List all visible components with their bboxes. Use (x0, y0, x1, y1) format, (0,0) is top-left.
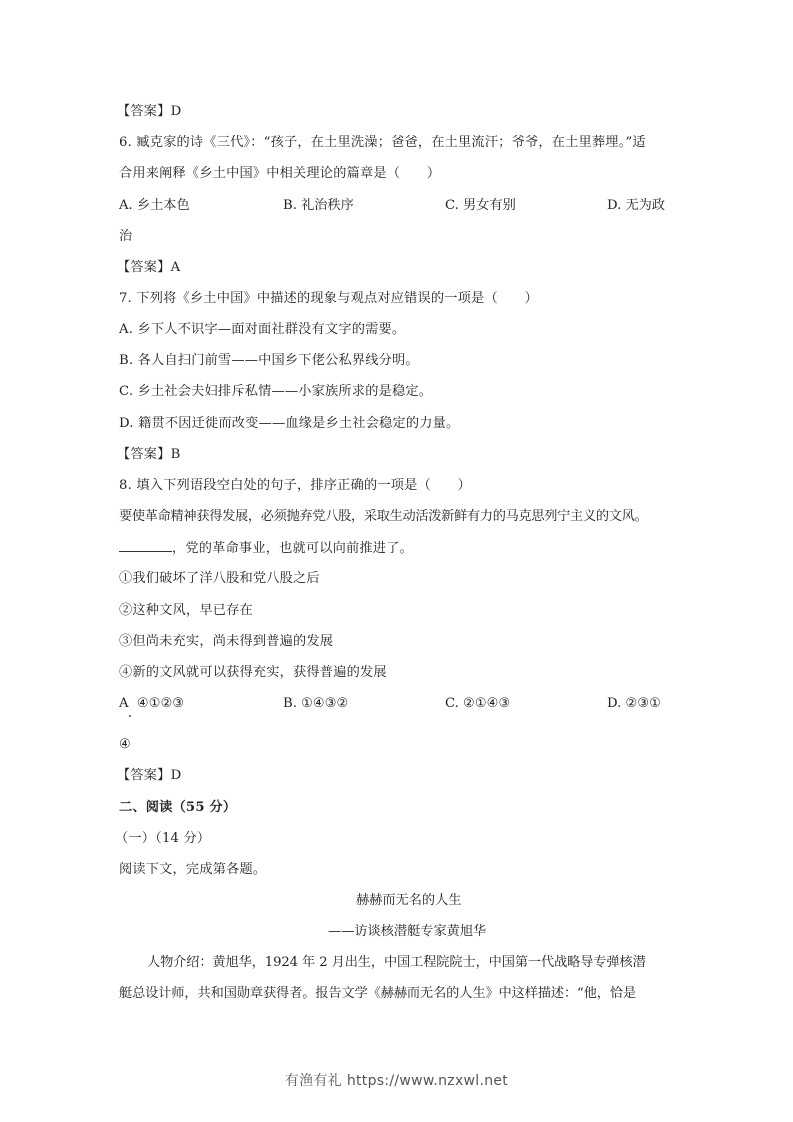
option-text: ②①④③ (463, 696, 510, 711)
stray-dot (129, 715, 131, 717)
answer-label: 【答案】 (117, 768, 171, 783)
q8-sentence-2: ②这种文风，早已存在 (119, 603, 253, 619)
answer-value: A (171, 260, 181, 275)
q6-option-d-wrap: 治 (119, 229, 132, 245)
reading-instruction: 阅读下文，完成第各题。 (119, 862, 266, 878)
q6-option-a: A. 乡土本色 (119, 198, 190, 214)
q7-option-d: D. 籍贯不因迁徙而改变——血缘是乡土社会稳定的力量。 (119, 416, 459, 432)
q6-answer: 【答案】A (117, 260, 180, 276)
q7-option-a: A. 乡下人不识字—面对面社群没有文字的需要。 (119, 322, 405, 338)
option-text: ④①②③ (137, 696, 184, 711)
q6-stem-line2: 合用来阐释《乡土中国》中相关理论的篇章是（ ） (119, 166, 440, 182)
article-title: 赫赫而无名的人生 (356, 893, 462, 909)
passage-text: ，党的革命事业，也就可以向前推进了。 (172, 541, 413, 556)
option-label: C. (445, 198, 459, 213)
answer-label: 【答案】 (117, 447, 171, 462)
q6-option-d: D. 无为政 (607, 198, 665, 214)
footer-watermark: 有渔有礼 https://www.nzxwl.net (0, 1070, 793, 1090)
option-text: 男女有别 (463, 198, 516, 213)
q7-option-b: B. 各人自扫门前雪——中国乡下佬公私界线分明。 (119, 353, 419, 369)
option-label: D. (607, 198, 621, 213)
q8-answer: 【答案】D (117, 768, 181, 784)
option-label: D. (607, 696, 621, 711)
q6-option-b: B. 礼治秩序 (283, 198, 354, 214)
answer-value: B (171, 447, 181, 462)
q5-answer: 【答案】D (117, 104, 181, 120)
q8-sentence-3: ③但尚未充实，尚未得到普遍的发展 (119, 634, 333, 650)
q6-stem-line1: 6. 臧克家的诗《三代》：“孩子，在土里洗澡；爸爸，在土里流汗；爷爷，在土里葬埋… (119, 135, 646, 151)
intro-line2: 艇总设计师，共和国勋章获得者。报告文学《赫赫而无名的人生》中这样描述：“他，恰是 (119, 986, 636, 1002)
answer-value: D (171, 104, 182, 119)
q8-sentence-4: ④新的文风就可以获得充实，获得普遍的发展 (119, 665, 387, 681)
option-text: 礼治秩序 (301, 198, 354, 213)
fill-blank (119, 540, 172, 552)
document-page: 【答案】D 6. 臧克家的诗《三代》：“孩子，在土里洗澡；爸爸，在土里流汗；爷爷… (0, 0, 793, 1122)
option-label: A (119, 696, 129, 711)
q8-stem: 8. 填入下列语段空白处的句子，排序正确的一项是（ ） (119, 478, 471, 494)
q7-option-c: C. 乡土社会夫妇排斥私情——小家族所求的是稳定。 (119, 384, 432, 400)
q8-sentence-1: ①我们破坏了洋八股和党八股之后 (119, 571, 320, 587)
q8-option-b: B. ①④③② (283, 696, 348, 712)
q8-passage-line1: 要使革命精神获得发展，必须抛弃党八股，采取生动活泼新鲜有力的马克思列宁主义的文风… (119, 509, 647, 525)
option-label: B. (283, 696, 297, 711)
q8-option-a: A ④①②③ (119, 696, 184, 712)
q7-answer: 【答案】B (117, 447, 180, 463)
option-text: ①④③② (301, 696, 348, 711)
option-label: B. (283, 198, 297, 213)
article-subtitle: ——访谈核潜艇专家黄旭华 (328, 924, 486, 940)
answer-value: D (171, 768, 182, 783)
q7-stem: 7. 下列将《乡土中国》中描述的现象与观点对应错误的一项是（ ） (119, 291, 538, 307)
intro-line1: 人物介绍：黄旭华，1924 年 2 月出生，中国工程院院士，中国第一代战略导专弹… (147, 955, 646, 971)
option-text: 无为政 (626, 198, 666, 213)
option-text: 乡土本色 (137, 198, 190, 213)
option-label: A. (119, 198, 133, 213)
q8-passage-line2: ，党的革命事业，也就可以向前推进了。 (119, 540, 413, 557)
q8-option-d-wrap: ④ (119, 737, 131, 753)
option-text: ②③① (626, 696, 661, 711)
sub-section-heading: （一）（14 分） (115, 831, 210, 847)
answer-label: 【答案】 (117, 260, 171, 275)
q8-option-d: D. ②③① (607, 696, 661, 712)
q8-option-c: C. ②①④③ (445, 696, 510, 712)
q6-option-c: C. 男女有别 (445, 198, 516, 214)
section-heading: 二、阅读（55 分） (119, 800, 236, 816)
answer-label: 【答案】 (117, 104, 171, 119)
option-label: C. (445, 696, 459, 711)
